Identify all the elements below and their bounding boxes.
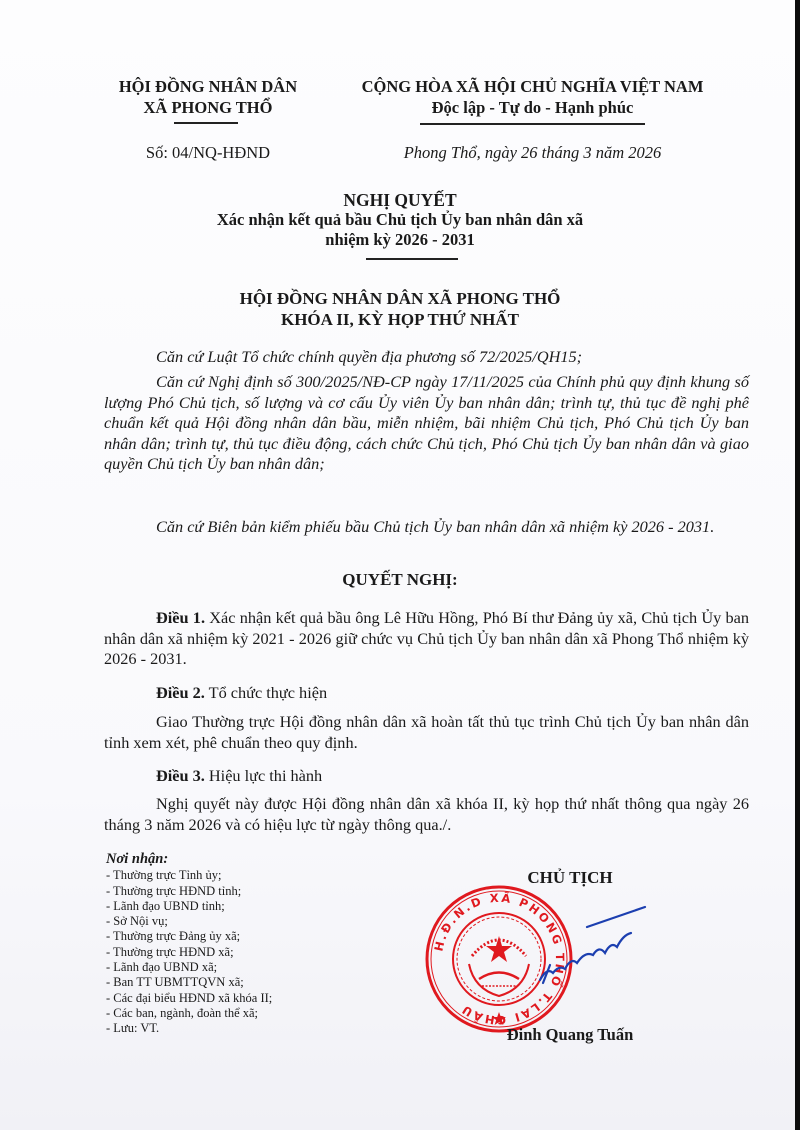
council-block: HỘI ĐỒNG NHÂN DÂN XÃ PHONG THỔ KHÓA II, … [100, 288, 700, 330]
article-2-heading: Điều 2. Tổ chức thực hiện [104, 683, 749, 704]
doc-subject-line2: nhiệm kỳ 2026 - 2031 [100, 230, 700, 250]
recipient-item: - Ban TT UBMTTQVN xã; [106, 975, 366, 990]
motto-divider [420, 123, 645, 125]
issuer-commune: XÃ PHONG THỔ [108, 97, 308, 118]
recipient-item: - Các đại biểu HĐND xã khóa II; [106, 991, 366, 1006]
recipient-item: - Thường trực Đảng ủy xã; [106, 929, 366, 944]
document-page: HỘI ĐỒNG NHÂN DÂN XÃ PHONG THỔ Số: 04/NQ… [0, 0, 795, 1130]
scan-edge [795, 0, 800, 1130]
doc-type: NGHỊ QUYẾT [100, 190, 700, 210]
article-2-title: Tổ chức thực hiện [205, 683, 327, 702]
doc-subject-line1: Xác nhận kết quả bầu Chủ tịch Ủy ban nhâ… [100, 210, 700, 230]
recipient-item: - Các ban, ngành, đoàn thể xã; [106, 1006, 366, 1021]
article-1: Điều 1. Xác nhận kết quả bầu ông Lê Hữu … [104, 608, 749, 670]
council-name: HỘI ĐỒNG NHÂN DÂN XÃ PHONG THỔ [100, 288, 700, 309]
signer-name: Đinh Quang Tuấn [470, 1025, 670, 1045]
recipient-item: - Lãnh đạo UBND tỉnh; [106, 899, 366, 914]
recipient-item: - Thường trực HĐND tỉnh; [106, 884, 366, 899]
recipient-item: - Lãnh đạo UBND xã; [106, 960, 366, 975]
article-2-text: Giao Thường trực Hội đồng nhân dân xã ho… [104, 712, 749, 753]
recipient-item: - Thường trực Tỉnh ủy; [106, 868, 366, 883]
legal-basis-3: Căn cứ Biên bản kiểm phiếu bầu Chủ tịch … [104, 517, 749, 538]
article-3-text: Nghị quyết này được Hội đồng nhân dân xã… [104, 794, 749, 835]
document-title: NGHỊ QUYẾT Xác nhận kết quả bầu Chủ tịch… [100, 190, 700, 250]
issuer-name: HỘI ĐỒNG NHÂN DÂN [108, 76, 308, 97]
document-number: Số: 04/NQ-HĐND [108, 143, 308, 163]
article-2-label: Điều 2. [156, 683, 205, 702]
recipient-item: - Thường trực HĐND xã; [106, 945, 366, 960]
country-name: CỘNG HÒA XÃ HỘI CHỦ NGHĨA VIỆT NAM [320, 76, 745, 97]
recipient-item: - Sở Nội vụ; [106, 914, 366, 929]
place-date: Phong Thổ, ngày 26 tháng 3 năm 2026 [320, 143, 745, 163]
recipients-block: Nơi nhận: - Thường trực Tỉnh ủy;- Thường… [106, 852, 366, 1037]
recipients-heading: Nơi nhận: [106, 852, 366, 867]
signature-icon [535, 895, 655, 985]
article-3-heading: Điều 3. Hiệu lực thi hành [104, 766, 749, 787]
article-1-label: Điều 1. [156, 608, 205, 627]
national-motto-block: CỘNG HÒA XÃ HỘI CHỦ NGHĨA VIỆT NAM Độc l… [320, 76, 745, 118]
issuer-divider [174, 122, 238, 124]
legal-basis-2: Căn cứ Nghị định số 300/2025/NĐ-CP ngày … [104, 372, 749, 475]
recipient-item: - Lưu: VT. [106, 1021, 366, 1036]
article-3-label: Điều 3. [156, 766, 205, 785]
decision-heading: QUYẾT NGHỊ: [100, 570, 700, 590]
motto: Độc lập - Tự do - Hạnh phúc [320, 97, 745, 118]
council-session: KHÓA II, KỲ HỌP THỨ NHẤT [100, 309, 700, 330]
article-3-title: Hiệu lực thi hành [205, 766, 322, 785]
legal-basis-1: Căn cứ Luật Tổ chức chính quyền địa phươ… [104, 347, 749, 368]
recipients-list: - Thường trực Tỉnh ủy;- Thường trực HĐND… [106, 868, 366, 1036]
issuer-block: HỘI ĐỒNG NHÂN DÂN XÃ PHONG THỔ [108, 76, 308, 118]
title-divider [366, 258, 458, 260]
